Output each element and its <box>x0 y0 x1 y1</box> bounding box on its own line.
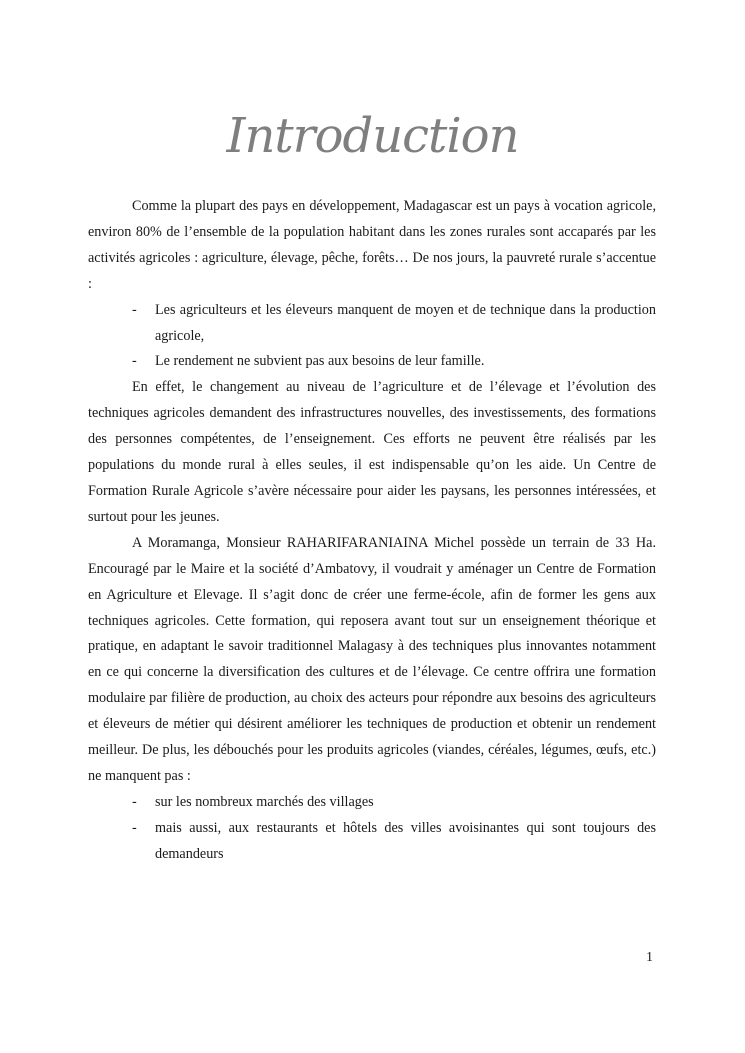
list-item: - mais aussi, aux restaurants et hôtels … <box>88 816 656 868</box>
list-item-text: sur les nombreux marchés des villages <box>155 790 656 816</box>
bullet-dash: - <box>88 349 155 375</box>
list-item-text: Les agriculteurs et les éleveurs manquen… <box>155 298 656 350</box>
document-body: Comme la plupart des pays en développeme… <box>88 194 656 868</box>
bullet-dash: - <box>88 816 155 868</box>
bullet-dash: - <box>88 790 155 816</box>
page-title: Introduction <box>0 106 745 166</box>
page-number: 1 <box>646 950 653 966</box>
paragraph-intro: Comme la plupart des pays en développeme… <box>88 194 656 298</box>
paragraph-moramanga: A Moramanga, Monsieur RAHARIFARANIAINA M… <box>88 531 656 790</box>
list-item: - sur les nombreux marchés des villages <box>88 790 656 816</box>
list-item: - Les agriculteurs et les éleveurs manqu… <box>88 298 656 350</box>
list-item: - Le rendement ne subvient pas aux besoi… <box>88 349 656 375</box>
list-item-text: Le rendement ne subvient pas aux besoins… <box>155 349 656 375</box>
paragraph-en-effet: En effet, le changement au niveau de l’a… <box>88 375 656 530</box>
list-item-text: mais aussi, aux restaurants et hôtels de… <box>155 816 656 868</box>
bullet-dash: - <box>88 298 155 350</box>
document-page: Introduction Comme la plupart des pays e… <box>0 0 745 1053</box>
